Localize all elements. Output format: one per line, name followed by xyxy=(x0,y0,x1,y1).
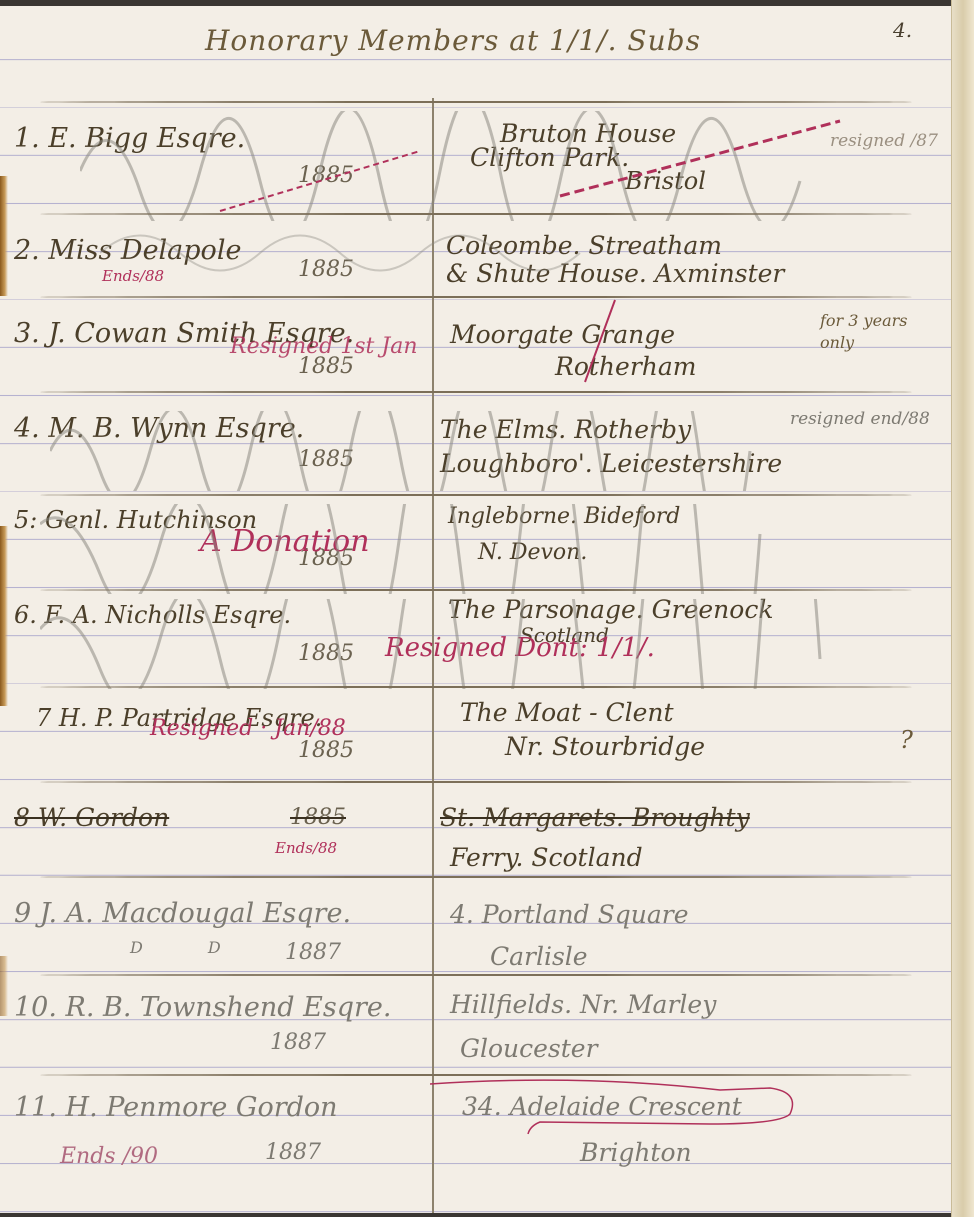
question-mark: ? xyxy=(900,726,913,754)
member-name: 10. R. B. Townshend Esqre. xyxy=(14,992,392,1023)
address-line: Loughboro'. Leicestershire xyxy=(440,449,782,478)
annotation: resigned end/88 xyxy=(790,409,930,429)
page-title: Honorary Members at 1/1/. Subs xyxy=(205,24,701,57)
member-year: 1885 xyxy=(298,257,354,282)
annotation: Ends /90 xyxy=(60,1144,158,1169)
entry-separator xyxy=(40,391,912,393)
member-entry-4: 4. M. B. Wynn Esqre. 1885 The Elms. Roth… xyxy=(0,391,952,496)
entry-separator xyxy=(40,494,912,496)
address-line: 4. Portland Square xyxy=(450,900,689,929)
member-entry-6: 6. F. A. Nicholls Esqre. 1885 The Parson… xyxy=(0,589,952,684)
address-line: St. Margarets. Broughty xyxy=(440,803,750,832)
member-year: 1885 xyxy=(298,641,354,666)
entry-separator xyxy=(40,296,912,298)
member-entry-3: 3. J. Cowan Smith Esqre. 1885 Moorgate G… xyxy=(0,296,952,396)
annotation: Resigned Dont: 1/1/. xyxy=(385,633,655,663)
member-name: 1. E. Bigg Esqre. xyxy=(14,123,245,154)
entry-separator xyxy=(40,781,912,783)
side-note: for 3 years only xyxy=(820,310,910,354)
member-entry-8: 8 W. Gordon 1885 St. Margarets. Broughty… xyxy=(0,781,952,876)
address-line: Moorgate Grange xyxy=(450,320,675,349)
annotation: A Donation xyxy=(200,524,370,559)
address-line: Nr. Stourbridge xyxy=(505,732,705,761)
member-name: 11. H. Penmore Gordon xyxy=(14,1092,338,1123)
address-line: N. Devon. xyxy=(478,540,587,565)
annotation: resigned /87 xyxy=(830,131,938,151)
annotation: Ends/88 xyxy=(275,839,337,857)
member-year: 1885 xyxy=(298,738,354,763)
book-spine xyxy=(951,0,974,1217)
address-line: Hillfields. Nr. Marley xyxy=(450,990,716,1019)
ledger-page: Honorary Members at 1/1/. Subs 4. 1. E. … xyxy=(0,6,952,1213)
member-entry-7: 7 H. P. Partridge Esqre. 1885 The Moat -… xyxy=(0,686,952,781)
entry-separator xyxy=(40,1074,912,1076)
member-year: 1887 xyxy=(285,940,341,965)
member-name: 9 J. A. Macdougal Esqre. xyxy=(14,898,351,929)
member-entry-9: 9 J. A. Macdougal Esqre. 1887 4. Portlan… xyxy=(0,876,952,976)
member-year: 1885 xyxy=(298,447,354,472)
address-line: The Elms. Rotherby xyxy=(440,415,691,444)
annotation: D D xyxy=(130,938,251,957)
address-line: Rotherham xyxy=(555,352,696,381)
member-entry-11: 11. H. Penmore Gordon 1887 34. Adelaide … xyxy=(0,1074,952,1213)
address-line: Clifton Park. xyxy=(470,143,629,172)
address-line: 34. Adelaide Crescent xyxy=(462,1092,742,1121)
entry-separator xyxy=(40,213,912,215)
address-line: Brighton xyxy=(580,1138,692,1167)
entry-separator xyxy=(40,974,912,976)
address-line: Ingleborne. Bideford xyxy=(448,504,680,529)
page-number: 4. xyxy=(893,18,912,42)
annotation: Resigned 1st Jan xyxy=(230,334,417,359)
entry-separator xyxy=(40,101,912,103)
member-entry-10: 10. R. B. Townshend Esqre. 1887 Hillfiel… xyxy=(0,974,952,1074)
address-line: & Shute House. Axminster xyxy=(446,259,784,288)
address-line: Coleombe. Streatham xyxy=(446,231,722,260)
entry-separator xyxy=(40,686,912,688)
annotation: Resigned · Jan/88 xyxy=(150,716,346,741)
entry-separator xyxy=(40,876,912,878)
member-name: 2. Miss Delapole xyxy=(14,235,241,266)
annotation: Ends/88 xyxy=(102,267,164,285)
address-line: Carlisle xyxy=(490,942,588,971)
entry-separator xyxy=(40,589,912,591)
member-name: 4. M. B. Wynn Esqre. xyxy=(14,413,304,444)
member-year: 1885 xyxy=(290,805,346,830)
address-line: The Parsonage. Greenock xyxy=(448,595,773,624)
address-line: Gloucester xyxy=(460,1034,598,1063)
member-name: 6. F. A. Nicholls Esqre. xyxy=(14,601,291,629)
address-line: The Moat - Clent xyxy=(460,698,674,727)
member-year: 1885 xyxy=(298,163,354,188)
member-year: 1887 xyxy=(270,1030,326,1055)
member-year: 1887 xyxy=(265,1140,321,1165)
address-line: Ferry. Scotland xyxy=(450,843,643,872)
address-line: Bristol xyxy=(625,167,706,195)
member-name: 8 W. Gordon xyxy=(14,803,169,832)
member-entry-2: 2. Miss Delapole 1885 Coleombe. Streatha… xyxy=(0,213,952,308)
member-entry-5: 5: Genl. Hutchinson 1885 Ingleborne. Bid… xyxy=(0,494,952,584)
